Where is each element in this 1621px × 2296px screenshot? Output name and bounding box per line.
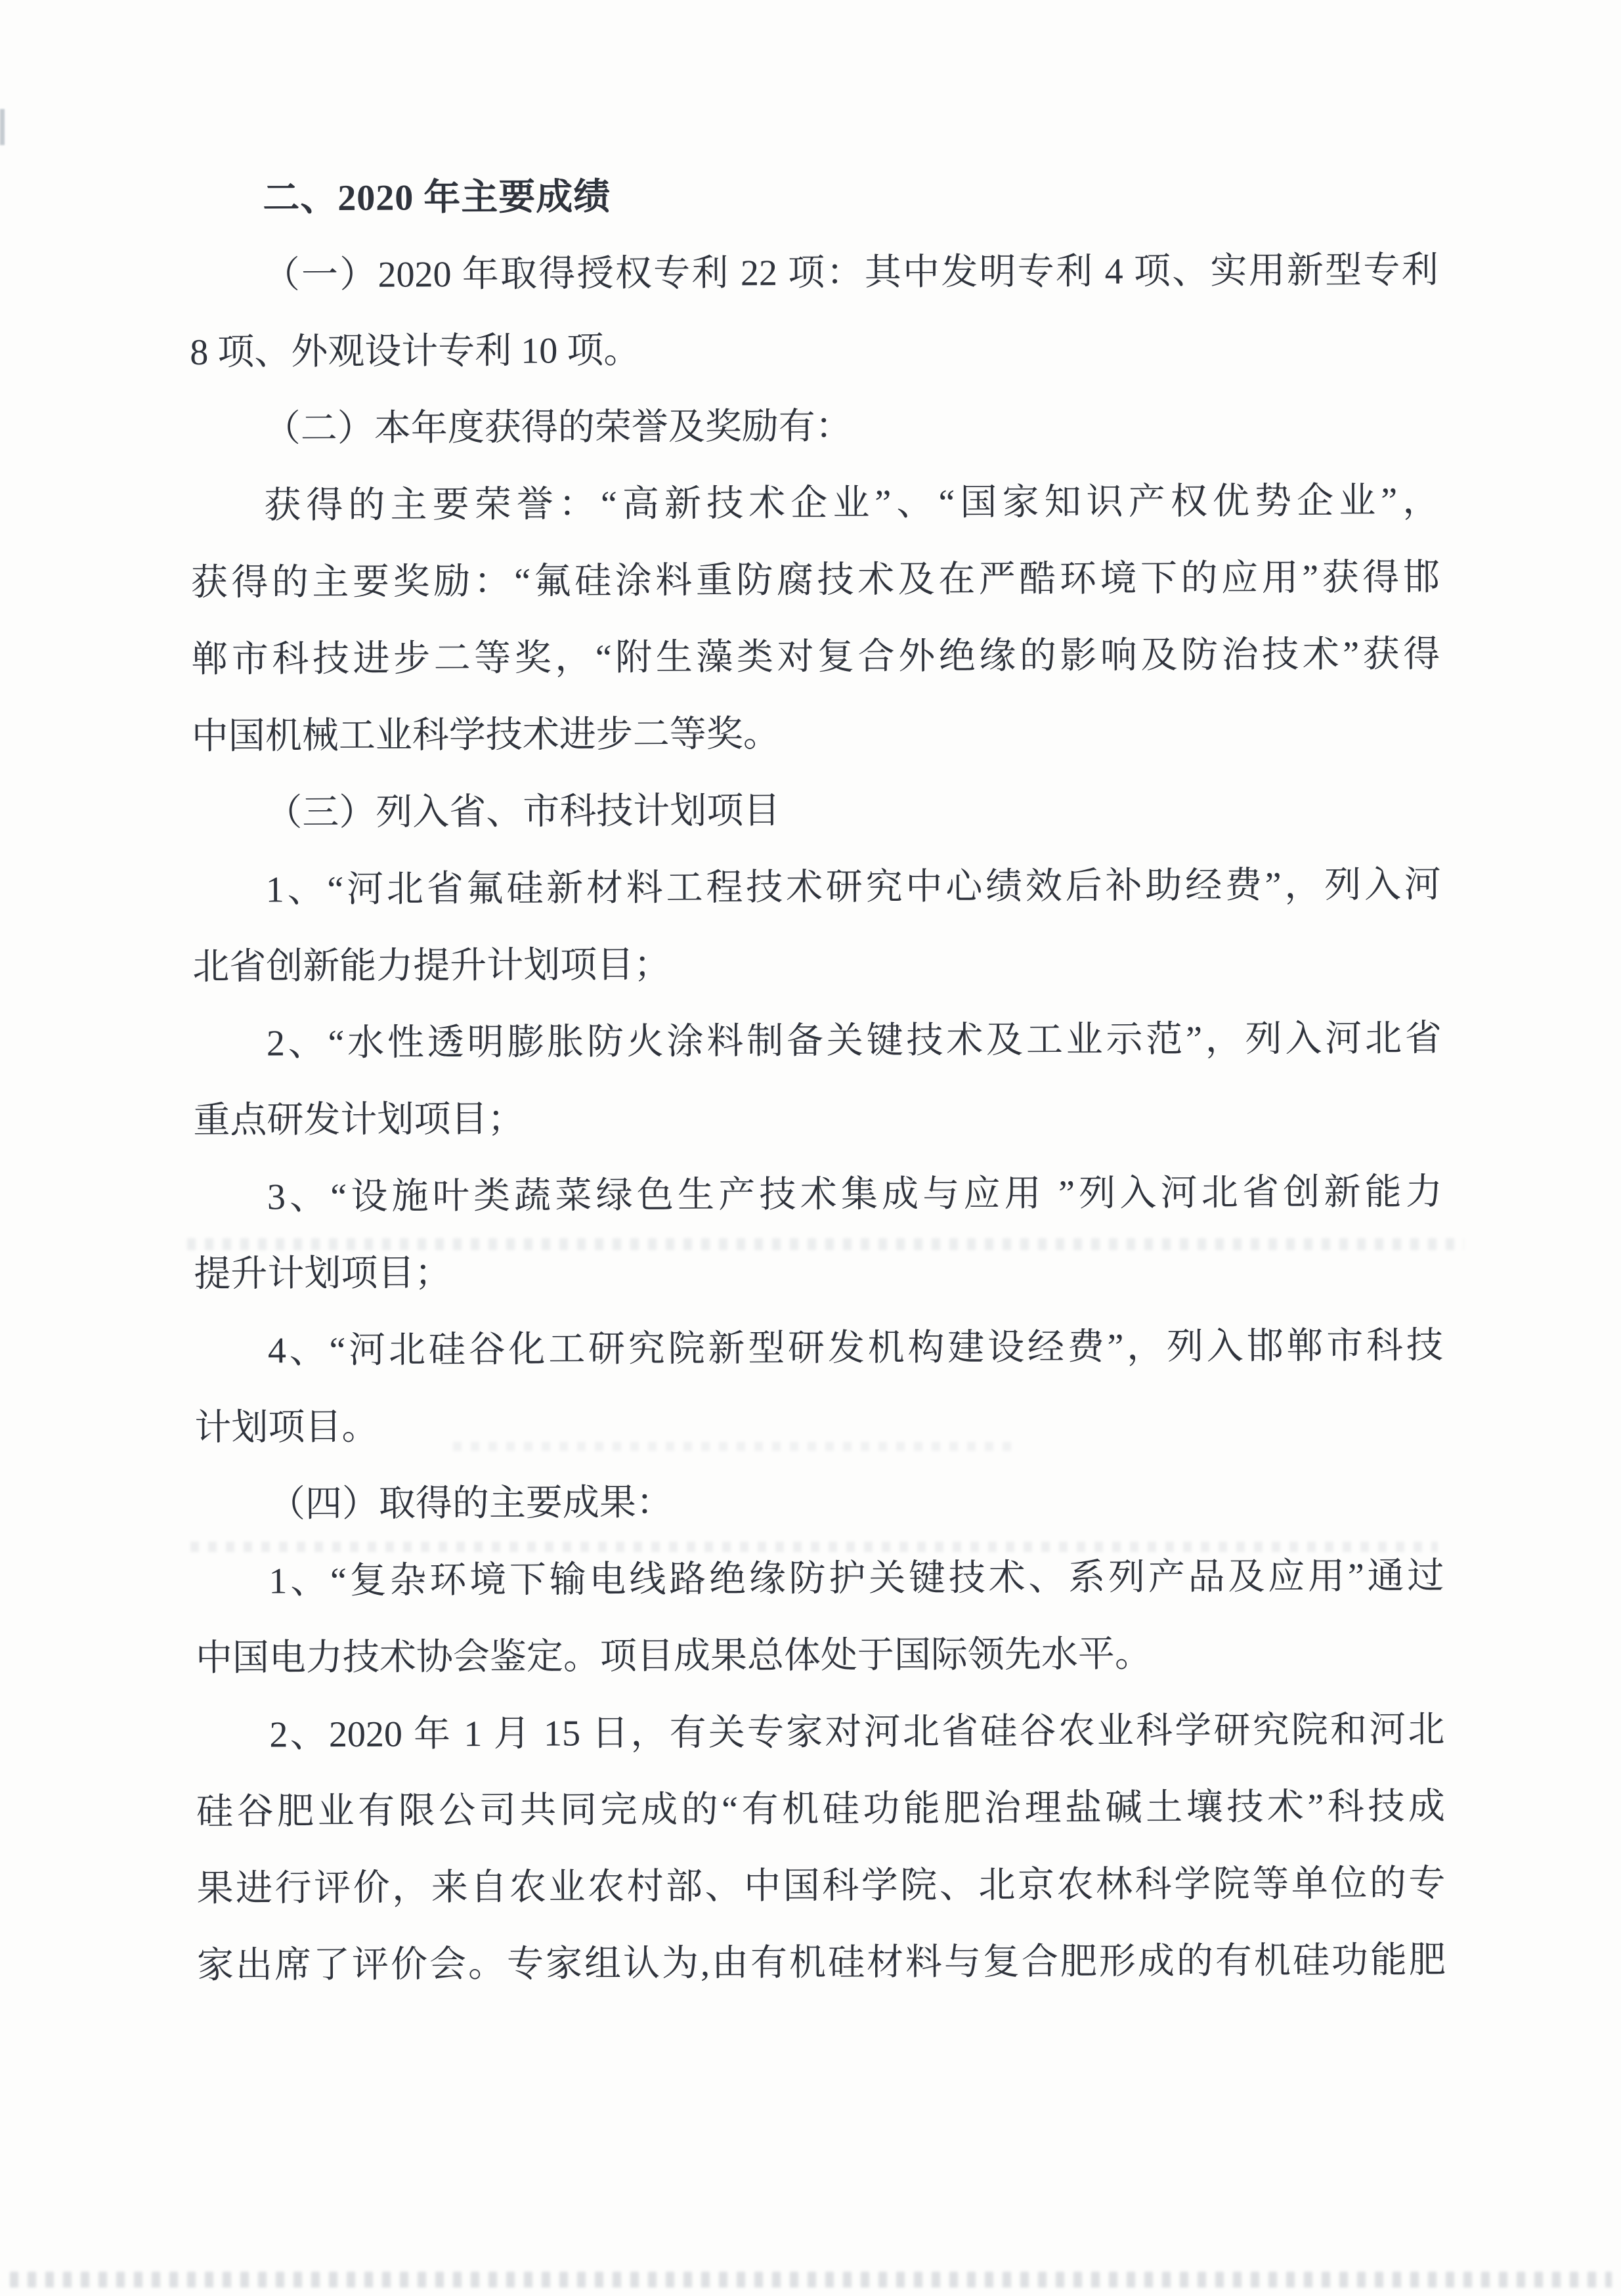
text-line: 重点研发计划项目；: [193, 1077, 1442, 1159]
text-line: 郸市科技进步二等奖，“附生藻类对复合外绝缘的影响及防治技术”获得: [191, 617, 1440, 699]
scan-edge-mark: [0, 109, 5, 145]
text-line: 中国机械工业科学技术进步二等奖。: [192, 693, 1440, 775]
section-heading: 二、2020 年主要成绩: [189, 156, 1438, 238]
text-line: 硅谷肥业有限公司共同完成的“有机硅功能肥治理盐碱土壤技术”科技成: [196, 1769, 1445, 1851]
text-line: 计划项目。: [194, 1385, 1443, 1467]
scanned-page: 二、2020 年主要成绩（一）2020 年取得授权专利 22 项：其中发明专利 …: [0, 0, 1621, 2296]
text-line: （三）列入省、市科技计划项目: [192, 770, 1440, 852]
text-line: 2、“水性透明膨胀防火涂料制备关键技术及工业示范”，列入河北省: [193, 1001, 1442, 1083]
text-line: 获得的主要奖励：“氟硅涂料重防腐技术及在严酷环境下的应用”获得邯: [191, 540, 1440, 622]
text-line: 果进行评价，来自农业农村部、中国科学院、北京农林科学院等单位的专: [196, 1846, 1445, 1928]
text-line: （二）本年度获得的荣誉及奖励有：: [190, 386, 1439, 468]
text-line: 1、“复杂环境下输电线路绝缘防护关键技术、系列产品及应用”通过: [195, 1538, 1444, 1620]
text-line: 提升计划项目；: [194, 1231, 1442, 1313]
text-line: 4、“河北硅谷化工研究院新型研发机构建设经费”，列入邯郸市科技: [194, 1308, 1443, 1390]
text-line: 家出席了评价会。专家组认为,由有机硅材料与复合肥形成的有机硅功能肥: [197, 1922, 1446, 2004]
text-line: 3、“设施叶类蔬菜绿色生产技术集成与应用 ”列入河北省创新能力: [194, 1154, 1442, 1236]
text-line: 8 项、外观设计专利 10 项。: [190, 309, 1438, 391]
text-line: 北省创新能力提升计划项目；: [192, 924, 1441, 1006]
text-line: （一）2020 年取得授权专利 22 项：其中发明专利 4 项、实用新型专利: [190, 232, 1438, 314]
text-line: 中国电力技术协会鉴定。项目成果总体处于国际领先水平。: [196, 1615, 1444, 1697]
text-line: （四）取得的主要成果：: [195, 1462, 1444, 1544]
text-line: 2、2020 年 1 月 15 日，有关专家对河北省硅谷农业科学研究院和河北: [196, 1692, 1444, 1774]
text-line: 1、“河北省氟硅新材料工程技术研究中心绩效后补助经费”，列入河: [192, 847, 1441, 929]
text-line: 获得的主要荣誉：“高新技术企业”、“国家知识产权优势企业”，: [190, 463, 1439, 545]
bleed-through-artifact: [10, 2272, 1612, 2287]
document-text: 二、2020 年主要成绩（一）2020 年取得授权专利 22 项：其中发明专利 …: [189, 156, 1446, 2004]
